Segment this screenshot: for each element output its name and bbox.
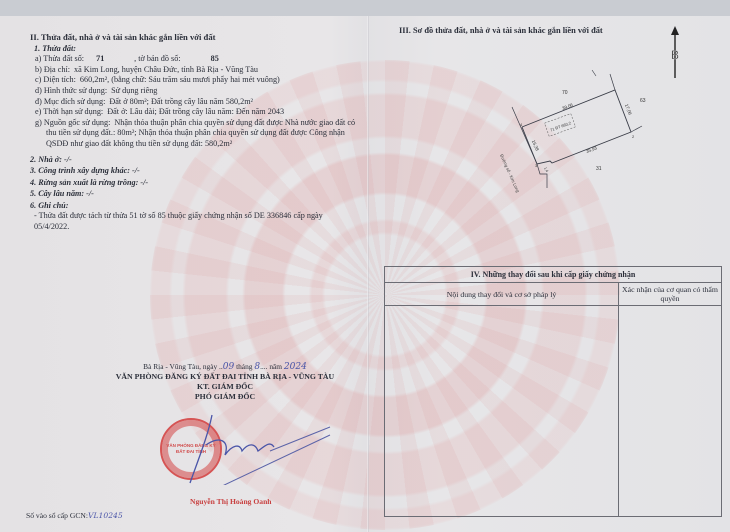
issuing-office: VĂN PHÒNG ĐĂNG KÝ ĐẤT ĐAI TỈNH BÀ RỊA - … [90, 372, 360, 382]
changes-table: IV. Những thay đổi sau khi cấp giấy chứn… [384, 266, 722, 517]
perennial-item: 5. Cây lâu năm: -/- [30, 188, 360, 200]
address-row: b) Địa chỉ:xã Kim Long, huyện Châu Đức, … [30, 65, 360, 76]
land-heading: 1. Thửa đất: [30, 44, 360, 55]
svg-text:70: 70 [562, 90, 568, 96]
svg-text:Đường số - Kim Long: Đường số - Kim Long [499, 153, 521, 193]
notes-heading: 6. Ghi chú: [30, 200, 360, 212]
svg-text:4: 4 [520, 122, 523, 127]
col-change-content: Nội dung thay đổi và cơ sở pháp lý [385, 283, 619, 306]
parcel-diagram: 71 ĐT 660,2 39,06 17,06 35,93 16,38 1,4 … [480, 70, 690, 210]
section-iv-title: IV. Những thay đổi sau khi cấp giấy chứn… [385, 267, 722, 283]
notes-text: - Thửa đất được tách từ thửa 51 tờ số 85… [30, 211, 334, 232]
svg-text:35,93: 35,93 [585, 145, 598, 154]
section-iii-title: III. Sơ đồ thửa đất, nhà ở và tài sản kh… [399, 26, 603, 35]
svg-text:1,4: 1,4 [543, 167, 549, 173]
house-item: 2. Nhà ở: -/- [30, 154, 360, 166]
address-value: xã Kim Long, huyện Châu Đức, tỉnh Bà Rịa… [74, 65, 258, 74]
svg-text:63: 63 [640, 98, 646, 104]
svg-text:31: 31 [596, 166, 602, 172]
term-row: e) Thời hạn sử dụng:Đất ở: Lâu dài; Đất … [30, 107, 360, 118]
page-fold [367, 16, 369, 532]
term-value: Đất ở: Lâu dài; Đất trồng cây lâu năm: Đ… [107, 107, 284, 116]
signer-name: Nguyễn Thị Hoàng Oanh [190, 497, 272, 506]
svg-text:B: B [671, 48, 679, 62]
svg-text:39,06: 39,06 [561, 102, 574, 111]
other-assets: 2. Nhà ở: -/- 3. Công trình xây dựng khá… [30, 154, 360, 212]
use-form-row: d) Hình thức sử dụng:Sử dụng riêng [30, 86, 360, 97]
map-sheet-number: 85 [211, 54, 219, 65]
section-ii: II. Thửa đất, nhà ở và tài sản khác gắn … [30, 32, 360, 232]
forest-item: 4. Rừng sản xuất là rừng trồng: -/- [30, 177, 360, 189]
authority-confirmation-cell [619, 306, 722, 517]
col-authority-confirmation: Xác nhận của cơ quan có thẩm quyền [619, 283, 722, 306]
purpose-row: đ) Mục đích sử dụng:Đất ở 80m²; Đất trồn… [30, 97, 360, 108]
signer-position: PHÓ GIÁM ĐỐC [90, 392, 360, 402]
origin-row: g) Nguồn gốc sử dụng:Nhận thỏa thuận phâ… [30, 118, 360, 150]
area-value: 660,2m², (bằng chữ: Sáu trăm sáu mươi ph… [80, 75, 280, 84]
issue-date: Bà Rịa - Vũng Tàu, ngày ..09 tháng 8....… [90, 362, 360, 372]
svg-text:71 ĐT 660,2: 71 ĐT 660,2 [549, 120, 572, 132]
section-ii-title: II. Thửa đất, nhà ở và tài sản khác gắn … [30, 32, 360, 43]
area-row: c) Diện tích:660,2m², (bằng chữ: Sáu tră… [30, 75, 360, 86]
svg-text:16,38: 16,38 [531, 139, 540, 152]
parcel-row: a) Thửa đất số: 71 , tờ bản đồ số: 85 [30, 54, 360, 65]
registration-number: Số vào sổ cấp GCN:VL10245 [26, 511, 123, 520]
change-content-cell [385, 306, 619, 517]
purpose-value: Đất ở 80m²; Đất trồng cây lâu năm 580,2m… [109, 97, 253, 106]
parcel-number: 71 [96, 54, 132, 65]
handwritten-signature [170, 405, 340, 485]
signature-block: Bà Rịa - Vũng Tàu, ngày ..09 tháng 8....… [90, 362, 360, 402]
svg-text:17,06: 17,06 [624, 103, 633, 116]
construction-item: 3. Công trình xây dựng khác: -/- [30, 165, 360, 177]
use-form-value: Sử dụng riêng [111, 86, 157, 95]
on-behalf: KT. GIÁM ĐỐC [90, 382, 360, 392]
svg-text:2: 2 [632, 134, 635, 139]
